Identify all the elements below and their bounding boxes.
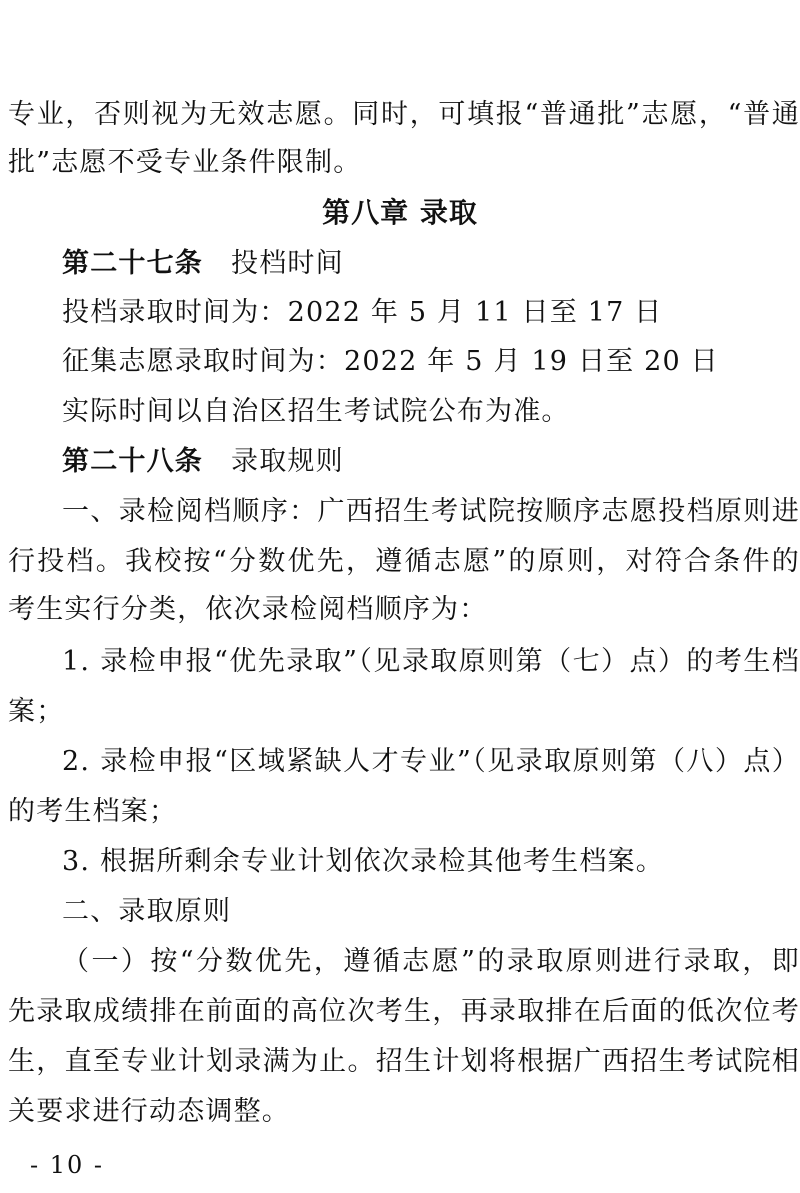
section-1-line-3: 考生实行分类，依次录检阅档顺序为： [8, 592, 800, 628]
item-2-line-2: 的考生档案； [8, 794, 800, 830]
section-1-line-2: 行投档。我校按“分数优先，遵循志愿”的原则，对符合条件的 [8, 544, 800, 580]
continuation-line-2: 批”志愿不受专业条件限制。 [8, 145, 800, 181]
article-27-number: 第二十七条 [62, 248, 203, 279]
article-27-line-3: 实际时间以自治区招生考试院公布为准。 [62, 394, 800, 430]
document-page: 专业，否则视为无效志愿。同时，可填报“普通批”志愿，“普通 批”志愿不受专业条件… [0, 0, 800, 1193]
continuation-line-1: 专业，否则视为无效志愿。同时，可填报“普通批”志愿，“普通 [8, 97, 800, 133]
chapter-title: 第八章 录取 [0, 195, 800, 231]
section-2-para-line-2: 先录取成绩排在前面的高位次考生，再录取排在后面的低次位考 [8, 994, 800, 1030]
article-28-heading: 第二十八条录取规则 [62, 444, 800, 480]
article-27-line-2: 征集志愿录取时间为：2022 年 5 月 19 日至 20 日 [62, 344, 800, 380]
page-number: - 10 - [30, 1150, 104, 1180]
section-1-line-1: 一、录检阅档顺序：广西招生考试院按顺序志愿投档原则进 [62, 494, 800, 530]
article-28-title: 录取规则 [231, 446, 344, 477]
article-27-line-1: 投档录取时间为：2022 年 5 月 11 日至 17 日 [62, 295, 800, 331]
section-2-para-line-4: 关要求进行动态调整。 [8, 1094, 800, 1130]
section-2-para-line-3: 生，直至专业计划录满为止。招生计划将根据广西招生考试院相 [8, 1044, 800, 1080]
article-27-heading: 第二十七条投档时间 [62, 246, 800, 282]
item-1-line-2: 案； [8, 694, 800, 730]
section-2-heading: 二、录取原则 [62, 894, 800, 930]
item-1-line-1: 1. 录检申报“优先录取”（见录取原则第（七）点）的考生档 [62, 644, 800, 680]
article-28-number: 第二十八条 [62, 446, 203, 477]
section-2-para-line-1: （一）按“分数优先，遵循志愿”的录取原则进行录取，即 [62, 944, 800, 980]
article-27-title: 投档时间 [231, 248, 344, 279]
item-3-line-1: 3. 根据所剩余专业计划依次录检其他考生档案。 [62, 844, 800, 880]
item-2-line-1: 2. 录检申报“区域紧缺人才专业”（见录取原则第（八）点） [62, 744, 800, 780]
